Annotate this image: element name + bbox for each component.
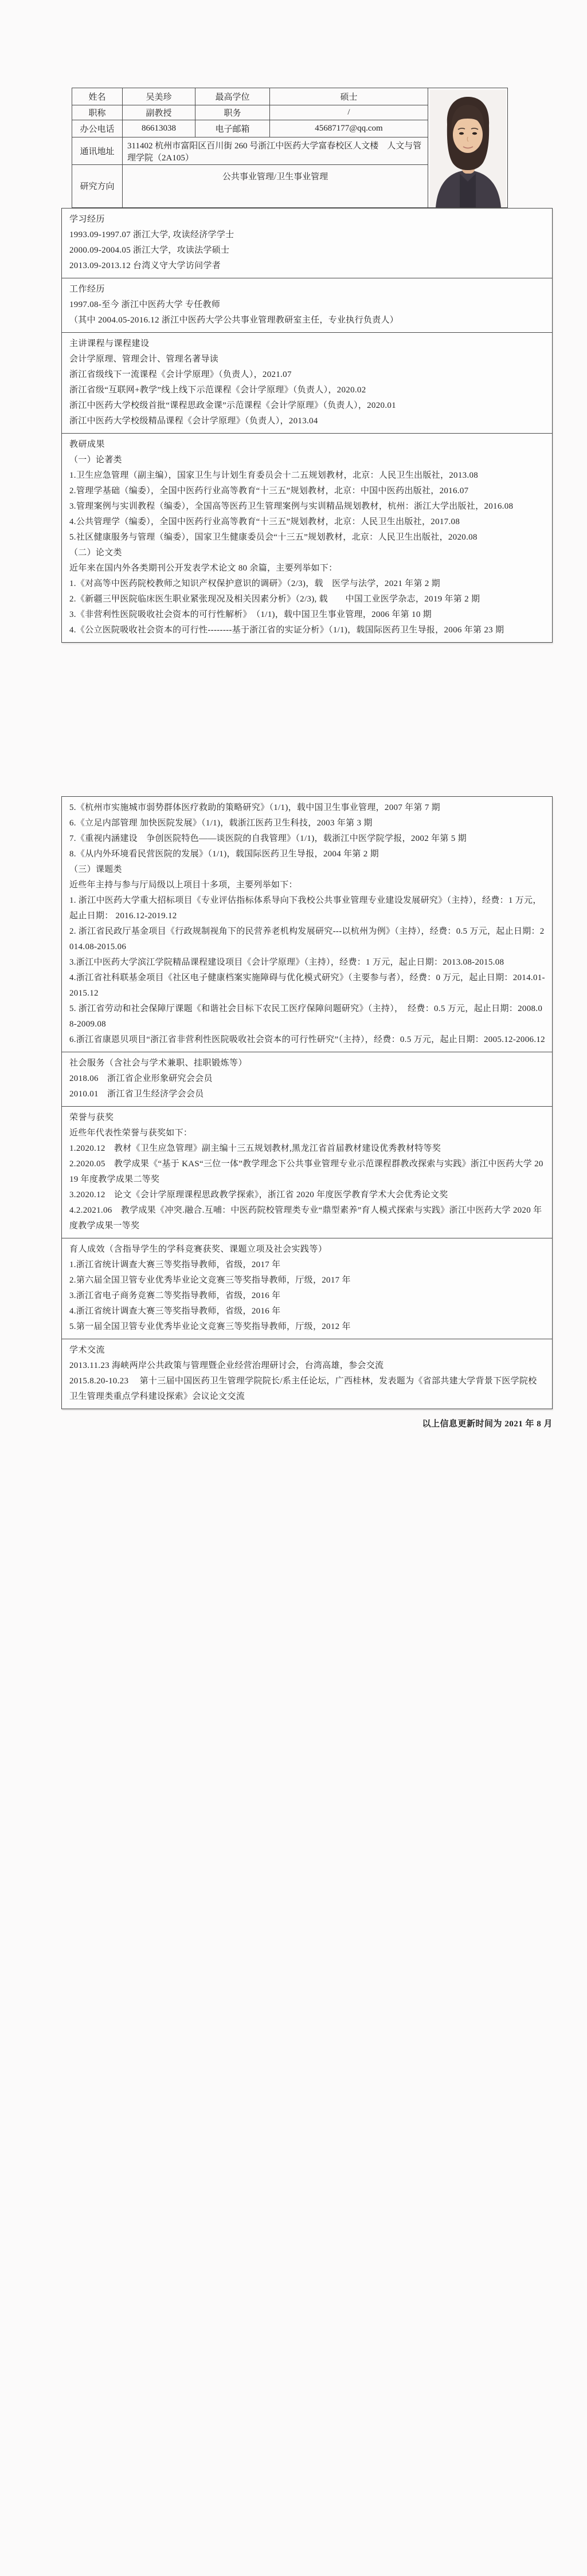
- section-line: 5. 浙江省劳动和社会保障厅课题《和谐社会目标下农民工医疗保障问题研究》（主持）…: [69, 1001, 545, 1032]
- cv-section: 荣誉与获奖近些年代表性荣誉与获奖如下：1.2020.12 教材《卫生应急管理》副…: [62, 1106, 552, 1238]
- section-line: 5.第一届全国卫管专业优秀毕业论文竞赛三等奖指导教师，厅级，2012 年: [69, 1319, 545, 1335]
- section-line: 1.2020.12 教材《卫生应急管理》副主编十三五规划教材,黑龙江省首届教材建…: [69, 1141, 545, 1157]
- field-label: 研究方向: [72, 164, 123, 207]
- section-line: 2015.8.20-10.23 第十三届中国医药卫生管理学院院长/系主任论坛，广…: [69, 1374, 545, 1405]
- field-label: 职称: [72, 105, 123, 120]
- cv-section: 工作经历1997.08-至今 浙江中医药大学 专任教师（其中 2004.05-2…: [62, 278, 552, 332]
- section-line: 2018.06 浙江省企业形象研究会会员: [69, 1071, 545, 1087]
- page2-sections-box: 5.《杭州市实施城市弱势群体医疗救助的策略研究》（1/1)，载中国卫生事业管理，…: [61, 796, 553, 1409]
- section-line: 3.2020.12 论文《会计学原理课程思政教学探索》，浙江省 2020 年度医…: [69, 1187, 545, 1203]
- section-line: 1997.08-至今 浙江中医药大学 专任教师: [69, 297, 545, 313]
- section-line: （一）论著类: [69, 453, 545, 468]
- section-line: 2. 浙江省民政厅基金项目《行政规制视角下的民营养老机构发展研究---以杭州为例…: [69, 924, 545, 955]
- cv-document: 姓名 吴美珍 最高学位 硕士: [0, 88, 587, 1429]
- section-title: 社会服务（含社会与学术兼职、挂职锻炼等）: [69, 1056, 545, 1071]
- cv-section: 5.《杭州市实施城市弱势群体医疗救助的策略研究》（1/1)，载中国卫生事业管理，…: [62, 797, 552, 1052]
- address-value: 311402 杭州市富阳区百川街 260 号浙江中医药大学富春校区人文楼 人文与…: [123, 137, 428, 164]
- field-label: 姓名: [72, 88, 123, 105]
- section-title: 育人成效（含指导学生的学科竞赛获奖、课题立项及社会实践等）: [69, 1242, 545, 1257]
- section-line: 4.2.2021.06 教学成果《冲突.融合.互哺：中医药院校管理类专业“鼎型素…: [69, 1203, 545, 1234]
- section-line: （三）课题类: [69, 862, 545, 878]
- field-label: 通讯地址: [72, 137, 123, 164]
- section-line: 近些年主持与参与厅局级以上项目十多项，主要列举如下：: [69, 878, 545, 893]
- cv-section: 学术交流2013.11.23 海峡两岸公共政策与管理暨企业经营治理研讨会，台湾高…: [62, 1339, 552, 1409]
- cv-section: 社会服务（含社会与学术兼职、挂职锻炼等）2018.06 浙江省企业形象研究会会员…: [62, 1052, 552, 1106]
- field-value: 副教授: [123, 105, 195, 120]
- section-line: 4.《公立医院吸收社会资本的可行性--------基于浙江省的实证分析》（1/1…: [69, 623, 545, 638]
- section-line: 2.管理学基础（编委），全国中医药行业高等教育“十三五”规划教材，北京：中国中医…: [69, 483, 545, 499]
- field-value: 86613038: [123, 120, 195, 137]
- page1-block: 姓名 吴美珍 最高学位 硕士: [61, 88, 553, 643]
- section-line: 8.《从内外环境看民营医院的发展》（1/1)，载国际医药卫生导报，2004 年第…: [69, 847, 545, 862]
- section-line: 会计学原理、管理会计、管理名著导读: [69, 352, 545, 367]
- field-value: 吴美珍: [123, 88, 195, 105]
- section-line: 近些年代表性荣誉与获奖如下：: [69, 1126, 545, 1141]
- cv-section: 育人成效（含指导学生的学科竞赛获奖、课题立项及社会实践等）1.浙江省统计调查大赛…: [62, 1238, 552, 1339]
- section-line: 2013.09-2013.12 台湾义守大学访问学者: [69, 258, 545, 274]
- section-line: 近年来在国内外各类期刊公开发表学术论文 80 余篇，主要列举如下：: [69, 561, 545, 576]
- research-direction-value: 公共事业管理/卫生事业管理: [123, 164, 428, 207]
- section-line: 浙江中医药大学校级精品课程《会计学原理》（负责人），2013.04: [69, 414, 545, 429]
- section-line: 2.《新疆三甲医院临床医生职业紧张现况及相关因素分析》（2/3), 载 中国工业…: [69, 592, 545, 607]
- page1-sections-box: 学习经历1993.09-1997.07 浙江大学, 攻读经济学学士2000.09…: [61, 208, 553, 643]
- field-label: 最高学位: [195, 88, 270, 105]
- basic-info-table: 姓名 吴美珍 最高学位 硕士: [72, 88, 508, 208]
- section-title: 学习经历: [69, 212, 545, 227]
- section-line: 1. 浙江中医药大学重大招标项目《专业评估指标体系导向下我校公共事业管理专业建设…: [69, 893, 545, 924]
- field-value: 硕士: [270, 88, 428, 105]
- field-label: 办公电话: [72, 120, 123, 137]
- section-line: 4.浙江省社科联基金项目《社区电子健康档案实施障碍与优化模式研究》（主要参与者）…: [69, 970, 545, 1001]
- portrait-photo: [428, 88, 508, 208]
- section-title: 工作经历: [69, 282, 545, 297]
- field-label: 职务: [195, 105, 270, 120]
- section-line: 2000.09-2004.05 浙江大学，攻读法学硕士: [69, 243, 545, 258]
- page2-block: 5.《杭州市实施城市弱势群体医疗救助的策略研究》（1/1)，载中国卫生事业管理，…: [61, 796, 553, 1409]
- section-line: 2.第六届全国卫管专业优秀毕业论文竞赛三等奖指导教师，厅级，2017 年: [69, 1273, 545, 1288]
- cv-section: 教研成果（一）论著类1.卫生应急管理（副主编），国家卫生与计划生育委员会十二五规…: [62, 433, 552, 642]
- field-value: 45687177@qq.com: [270, 120, 428, 137]
- section-title: 荣誉与获奖: [69, 1110, 545, 1126]
- section-title: 主讲课程与课程建设: [69, 336, 545, 352]
- section-line: 3.浙江省电子商务竞赛二等奖指导教师，省级，2016 年: [69, 1288, 545, 1304]
- section-line: 6.浙江省康恩贝项目“浙江省非营利性医院吸收社会资本的可行性研究”（主持），经费…: [69, 1032, 545, 1048]
- section-line: 浙江省级线下一流课程《会计学原理》（负责人），2021.07: [69, 367, 545, 383]
- section-line: 7.《重视内涵建设 争创医院特色——谈医院的自我管理》（1/1)，载浙江中医学院…: [69, 831, 545, 847]
- section-line: 浙江中医药大学校级首批“课程思政金课”示范课程《会计学原理》（负责人），2020…: [69, 398, 545, 414]
- section-line: （其中 2004.05-2016.12 浙江中医药大学公共事业管理教研室主任，专…: [69, 313, 545, 328]
- section-title: 教研成果: [69, 437, 545, 453]
- section-line: 4.浙江省统计调查大赛三等奖指导教师，省级，2016 年: [69, 1304, 545, 1319]
- section-line: 5.社区健康服务与管理（编委），国家卫生健康委员会“十三五”规划教材，北京：人民…: [69, 530, 545, 545]
- section-line: 2013.11.23 海峡两岸公共政策与管理暨企业经营治理研讨会，台湾高雄，参会…: [69, 1358, 545, 1374]
- section-line: 4.公共管理学（编委），全国中医药行业高等教育“十三五”规划教材，北京：人民卫生…: [69, 514, 545, 530]
- section-line: 2010.01 浙江省卫生经济学会会员: [69, 1087, 545, 1102]
- section-line: 浙江省级“互联网+教学”线上线下示范课程《会计学原理》（负责人），2020.02: [69, 383, 545, 398]
- section-line: 1993.09-1997.07 浙江大学, 攻读经济学学士: [69, 227, 545, 243]
- section-line: 3.《非营利性医院吸收社会资本的可行性解析》 （1/1)，载中国卫生事业管理，2…: [69, 607, 545, 623]
- section-line: 2.2020.05 教学成果《“基于 KAS“三位一体”教学理念下公共事业管理专…: [69, 1157, 545, 1187]
- field-label: 电子邮箱: [195, 120, 270, 137]
- section-line: （二）论文类: [69, 545, 545, 561]
- section-line: 1.卫生应急管理（副主编），国家卫生与计划生育委员会十二五规划教材，北京：人民卫…: [69, 468, 545, 483]
- section-title: 学术交流: [69, 1343, 545, 1358]
- cv-section: 主讲课程与课程建设会计学原理、管理会计、管理名著导读浙江省级线下一流课程《会计学…: [62, 332, 552, 433]
- section-line: 1.浙江省统计调查大赛三等奖指导教师，省级，2017 年: [69, 1257, 545, 1273]
- section-line: 5.《杭州市实施城市弱势群体医疗救助的策略研究》（1/1)，载中国卫生事业管理，…: [69, 800, 545, 816]
- field-value: /: [270, 105, 428, 120]
- section-line: 6.《立足内部管理 加快医院发展》（1/1)，载浙江医药卫生科技，2003 年第…: [69, 816, 545, 831]
- update-time-note: 以上信息更新时间为 2021 年 8 月: [61, 1417, 553, 1429]
- cv-section: 学习经历1993.09-1997.07 浙江大学, 攻读经济学学士2000.09…: [62, 209, 552, 278]
- section-line: 3.管理案例与实训教程（编委），全国高等医药卫生管理案例与实训精品规划教材，杭州…: [69, 499, 545, 514]
- section-line: 1.《对高等中医药院校教师之知识产权保护意识的调研》（2/3)，载 医学与法学，…: [69, 576, 545, 592]
- section-line: 3.浙江中医药大学滨江学院精品课程建设项目《会计学原理》（主持），经费：1 万元…: [69, 955, 545, 970]
